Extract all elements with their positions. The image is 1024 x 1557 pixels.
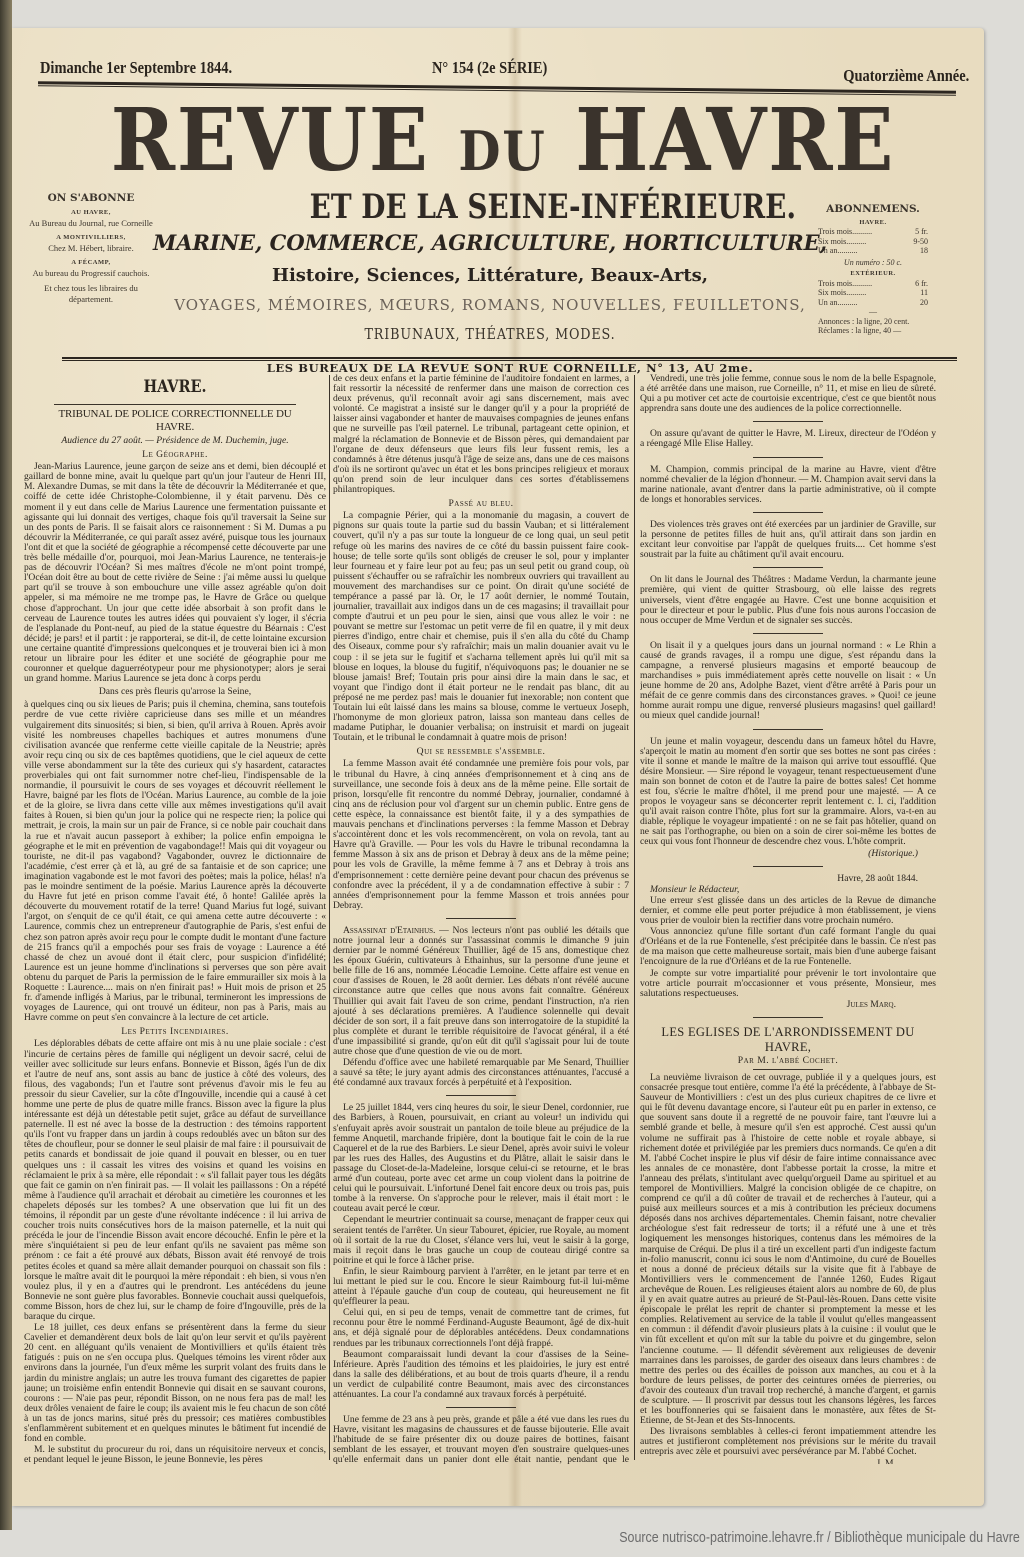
letter-paragraph: Vous annonciez qu'une fille sortant d'un… [640, 927, 936, 967]
story-paragraph: La neuvième livraison de cet ouvrage, pu… [640, 1073, 936, 1426]
issue-date: Dimanche 1er Septembre 1844. [40, 58, 232, 78]
letter-paragraph: Une erreur s'est glissée dans un des art… [640, 896, 936, 926]
story-paragraph: Une femme de 23 ans à peu près, grande e… [333, 1415, 629, 1464]
story-paragraph: On lit dans le Journal des Théâtres : Ma… [640, 575, 936, 625]
story-paragraph: M. le substitut du procureur du roi, dan… [24, 1445, 326, 1464]
story-paragraph: Le 25 juillet 1844, vers cinq heures du … [333, 1103, 629, 1214]
rate-price: 18 [920, 246, 928, 256]
rate-price: 5 fr. [915, 227, 928, 237]
masthead-subtitle: ET DE LA SEINE-INFÉRIEURE. [310, 187, 671, 227]
letter-signature: Jules Marq. [640, 1000, 896, 1010]
eglises-heading: LES EGLISES DE L'ARRONDISSEMENT DU HAVRE… [640, 1025, 936, 1055]
separator [753, 1069, 823, 1070]
separator [753, 866, 823, 867]
story-paragraph: Le 18 juillet, ces deux enfans se présen… [24, 1323, 326, 1444]
story-text: — Nos lecteurs n'ont pas oublié les déta… [333, 925, 629, 1057]
story-paragraph: de ces deux enfans et la partie féminine… [333, 374, 629, 495]
source-credit: Source nutrisco-patrimoine.lehavre.fr / … [619, 1530, 1020, 1546]
address-havre: Au Bureau du Journal, rue Corneille [28, 218, 154, 229]
subscribe-note: Et chez tous les libraires du départemen… [28, 283, 154, 305]
story-paragraph: On lisait il y a quelques jours dans un … [640, 641, 936, 722]
story-title-incendiaires: Les Petits Incendiaires. [24, 1027, 326, 1037]
separator [753, 421, 823, 422]
article-column-1: HAVRE. TRIBUNAL DE POLICE CORRECTIONNELL… [24, 374, 326, 1464]
story-title-passe-au-bleu: Passé au bleu. [333, 499, 629, 509]
rates-divider: — [818, 307, 928, 317]
story-paragraph: Les déplorables débats de cette affaire … [24, 1039, 326, 1322]
rate-row: Trois mois..........5 fr. [818, 227, 928, 237]
rates-havre-label: HAVRE. [818, 218, 928, 228]
rate-period: Un an.......... [818, 246, 857, 256]
story-paragraph: Beaumont comparaissait lundi devant la c… [333, 1350, 629, 1400]
separator [753, 567, 823, 568]
masthead-word-havre: HAVRE [575, 90, 895, 191]
story-paragraph: Celui qui, en si peu de temps, venait de… [333, 1308, 629, 1348]
office-address-banner: LES BUREAUX DE LA REVUE SONT RUE CORNEIL… [110, 361, 910, 375]
address-fecamp: Au bureau du Progressif cauchois. [28, 268, 154, 279]
topics-line-4: TRIBUNAUX, THÉATRES, MODES. [201, 325, 779, 343]
story-paragraph: Assassinat d'Etainhus. — Nos lecteurs n'… [333, 926, 629, 1057]
separator [446, 1407, 516, 1408]
rate-row: Six mois..........9-50 [818, 237, 928, 247]
story-title-geographe: Le Géographe. [24, 450, 326, 460]
reclames-rate: Réclames : la ligne, 40 — [818, 326, 928, 336]
rate-period: Trois mois.......... [818, 279, 872, 289]
topics-line-1: MARINE, COMMERCE, AGRICULTURE, HORTICULT… [150, 230, 830, 255]
eglises-signature: J. M. [640, 1459, 896, 1464]
separator [753, 512, 823, 513]
letter-paragraph: Je compte sur votre impartialité pour pr… [640, 969, 936, 999]
rates-exterieur-label: EXTÉRIEUR. [818, 269, 928, 279]
story-paragraph: La femme Masson avait été condamnée une … [333, 759, 629, 910]
rates-exterieur-list: Trois mois..........6 fr.Six mois.......… [818, 279, 928, 308]
separator [753, 457, 823, 458]
topics-line-3: VOYAGES, MÉMOIRES, MŒURS, ROMANS, NOUVEL… [150, 296, 830, 314]
book-binding-edge [0, 0, 12, 1530]
article-column-3: Vendredi, une très jolie femme, connue s… [640, 374, 936, 1464]
rate-row: Six mois..........11 [818, 288, 928, 298]
rate-period: Un an.......... [818, 298, 857, 308]
rate-period: Six mois.......... [818, 237, 866, 247]
separator [753, 1017, 823, 1018]
location-havre: AU HAVRE, [28, 207, 154, 218]
story-title-qui-se-ressemble: Qui se ressemble s'assemble. [333, 747, 629, 757]
separator [753, 633, 823, 634]
story-paragraph: à quelques cinq ou six lieues de Paris; … [24, 700, 326, 1023]
story-paragraph: Jean-Marius Laurence, jeune garçon de se… [24, 462, 326, 684]
issue-number: N° 154 (2e SÉRIE) [432, 58, 547, 78]
masthead-word-revue: REVUE [111, 90, 430, 191]
separator [446, 1095, 516, 1096]
tribunal-heading: TRIBUNAL DE POLICE CORRECTIONNELLE DU HA… [54, 404, 296, 434]
rate-row: Un an..........18 [818, 246, 928, 256]
verse-line: Dans ces près fleuris qu'arrose la Seine… [24, 687, 326, 697]
separator [753, 729, 823, 730]
story-source: (Historique.) [640, 849, 918, 859]
rate-period: Trois mois.......... [818, 227, 872, 237]
eglises-author: Par M. l'abbé Cochet. [640, 1056, 936, 1066]
subscription-rates-box: ABONNEMENS. HAVRE. Trois mois..........5… [818, 205, 928, 336]
section-heading-havre: HAVRE. [47, 376, 304, 398]
story-paragraph: M. Champion, commis principal de la mari… [640, 465, 936, 505]
rates-heading: ABONNEMENS. [818, 205, 928, 215]
location-fecamp: A FÉCAMP, [28, 257, 154, 268]
rate-price: 6 fr. [915, 279, 928, 289]
address-montivilliers: Chez M. Hébert, libraire. [28, 243, 154, 254]
story-paragraph: Des violences très graves ont été exercé… [640, 520, 936, 560]
story-paragraph: Défendu d'office avec une habileté remar… [333, 1058, 629, 1088]
topics-line-2: Histoire, Sciences, Littérature, Beaux-A… [150, 265, 830, 286]
story-paragraph: Des livraisons semblables à celles-ci fe… [640, 1427, 936, 1457]
subscription-locations-box: ON S'ABONNE AU HAVRE, Au Bureau du Journ… [28, 193, 154, 305]
audience-line: Audience du 27 août. — Présidence de M. … [24, 436, 326, 446]
column-divider-1 [329, 375, 330, 1460]
masthead-title: REVUE DU HAVRE [103, 98, 904, 194]
letter-salutation: Monsieur le Rédacteur, [640, 885, 936, 895]
rate-price: 11 [920, 288, 928, 298]
dateline: Dimanche 1er Septembre 1844. N° 154 (2e … [40, 58, 969, 82]
rate-price: 9-50 [913, 237, 928, 247]
rate-row: Un an..........20 [818, 298, 928, 308]
masthead-word-du: DU [458, 119, 546, 183]
story-paragraph: Vendredi, une très jolie femme, connue s… [640, 374, 936, 414]
rate-price: 20 [920, 298, 928, 308]
story-paragraph: Enfin, le sieur Raimbourg parvient à l'a… [333, 1267, 629, 1307]
story-paragraph: Cependant le meurtrier continuait sa cou… [333, 1215, 629, 1265]
separator [446, 918, 516, 919]
annonces-rate: Annonces : la ligne, 20 cent. [818, 317, 928, 327]
story-paragraph: Un jeune et malin voyageur, descendu dan… [640, 737, 936, 848]
publication-year: Quatorzième Année. [843, 66, 969, 86]
subscribe-heading: ON S'ABONNE [28, 193, 154, 204]
article-column-2: de ces deux enfans et la partie féminine… [333, 374, 629, 1464]
single-issue-price: Un numéro : 50 c. [818, 258, 928, 268]
story-paragraph: On assure qu'avant de quitter le Havre, … [640, 429, 936, 449]
location-montivilliers: A MONTIVILLIERS, [28, 232, 154, 243]
letter-date: Havre, 28 août 1844. [640, 874, 918, 884]
rate-row: Trois mois..........6 fr. [818, 279, 928, 289]
column-divider-2 [634, 375, 635, 1460]
story-paragraph: La compagnie Périer, qui a la monomanie … [333, 511, 629, 743]
rates-havre-list: Trois mois..........5 fr.Six mois.......… [818, 227, 928, 256]
rate-period: Six mois.......... [818, 288, 866, 298]
